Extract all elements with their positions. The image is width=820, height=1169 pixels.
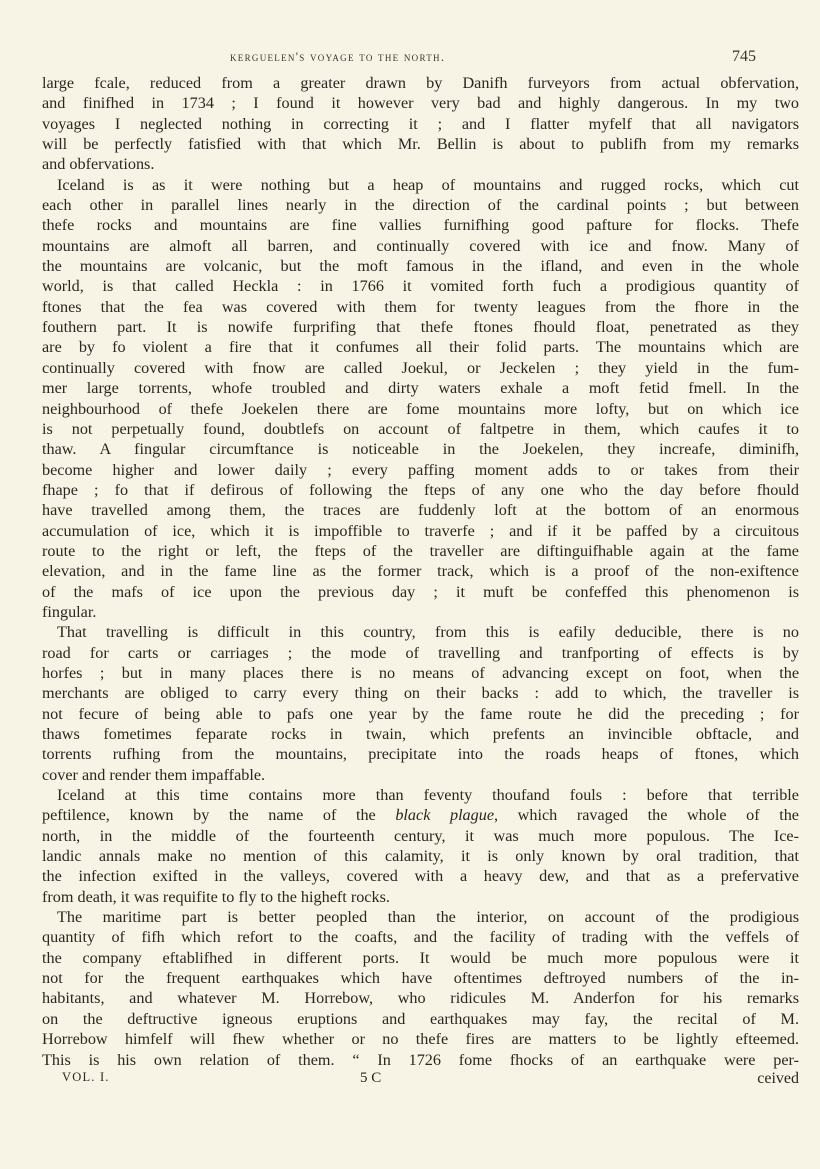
text-line: mer large torrents, whofe troubled and d… (42, 378, 799, 398)
page-number: 745 (732, 48, 756, 66)
text-line: accumulation of ice, which it is impoffi… (42, 521, 799, 541)
page-header: KERGUELEN'S VOYAGE TO THE NORTH. 745 (42, 48, 799, 72)
text-line: and obfervations. (42, 154, 799, 174)
text-line: torrents rufhing from the mountains, pre… (42, 744, 799, 764)
text-line: the infection exifted in the valleys, co… (42, 866, 799, 886)
text-line: The maritime part is better peopled than… (42, 907, 799, 927)
text-line: the mountains are volcanic, but the moft… (42, 256, 799, 276)
text-line: landic annals make no mention of this ca… (42, 846, 799, 866)
text-line: road for carts or carriages ; the mode o… (42, 643, 799, 663)
text-line: north, in the middle of the fourteenth c… (42, 826, 799, 846)
text-line: are by fo violent a fire that it confume… (42, 337, 799, 357)
text-line: Iceland at this time contains more than … (42, 785, 799, 805)
text-line: from death, it was requifite to fly to t… (42, 887, 799, 907)
text-line: This is his own relation of them. “ In 1… (42, 1050, 799, 1070)
text-line: ftones that the fea was covered with the… (42, 297, 799, 317)
text-line: not fecure of being able to pafs one yea… (42, 704, 799, 724)
text-line: on the deftructive igneous eruptions and… (42, 1009, 799, 1029)
text-line: and finifhed in 1734 ; I found it howeve… (42, 93, 799, 113)
text-line: habitants, and whatever M. Horrebow, who… (42, 988, 799, 1008)
text-line: peftilence, known by the name of the bla… (42, 805, 799, 825)
text-line: route to the right or left, the fteps of… (42, 541, 799, 561)
text-line: Iceland is as it were nothing but a heap… (42, 175, 799, 195)
text-line: That travelling is difficult in this cou… (42, 622, 799, 642)
text-line: voyages I neglected nothing in correctin… (42, 114, 799, 134)
text-line: thaws fometimes feparate rocks in twain,… (42, 724, 799, 744)
text-line: mountains are almoft all barren, and con… (42, 236, 799, 256)
body-text: large fcale, reduced from a greater draw… (42, 73, 799, 1070)
text-line: will be perfectly fatisfied with that wh… (42, 134, 799, 154)
text-line: thaw. A fingular circumftance is noticea… (42, 439, 799, 459)
text-line: Horrebow himfelf will fhew whether or no… (42, 1029, 799, 1049)
text-line: of the mafs of ice upon the previous day… (42, 582, 799, 602)
text-line: continually covered with fnow are called… (42, 358, 799, 378)
running-head: KERGUELEN'S VOYAGE TO THE NORTH. (230, 50, 445, 65)
book-page: KERGUELEN'S VOYAGE TO THE NORTH. 745 lar… (42, 48, 799, 1092)
text-line: the company eftablifhed in different por… (42, 948, 799, 968)
text-line: fhape ; fo that if defirous of following… (42, 480, 799, 500)
text-line: is not perpetually found, doubtlefs on a… (42, 419, 799, 439)
text-line: world, is that called Heckla : in 1766 i… (42, 276, 799, 296)
text-line: each other in parallel lines nearly in t… (42, 195, 799, 215)
text-line: merchants are obliged to carry every thi… (42, 683, 799, 703)
text-line: thefe rocks and mountains are fine valli… (42, 215, 799, 235)
text-line: have travelled among them, the traces ar… (42, 500, 799, 520)
text-line: cover and render them impaffable. (42, 765, 799, 785)
text-line: elevation, and in the fame line as the f… (42, 561, 799, 581)
text-line: fouthern part. It is nowife furprifing t… (42, 317, 799, 337)
text-line: quantity of fifh which refort to the coa… (42, 927, 799, 947)
text-line: neighbourhood of thefe Joekelen there ar… (42, 399, 799, 419)
text-line: become higher and lower daily ; every pa… (42, 460, 799, 480)
volume-label: VOL. I. (62, 1070, 110, 1085)
catchword: ceived (757, 1070, 799, 1088)
page-footer: VOL. I. 5 C ceived (42, 1070, 799, 1092)
text-line: not for the frequent earthquakes which h… (42, 968, 799, 988)
italic-phrase: black plague (395, 806, 494, 824)
signature-mark: 5 C (360, 1070, 381, 1087)
text-line: large fcale, reduced from a greater draw… (42, 73, 799, 93)
text-line: fingular. (42, 602, 799, 622)
text-line: horfes ; but in many places there is no … (42, 663, 799, 683)
